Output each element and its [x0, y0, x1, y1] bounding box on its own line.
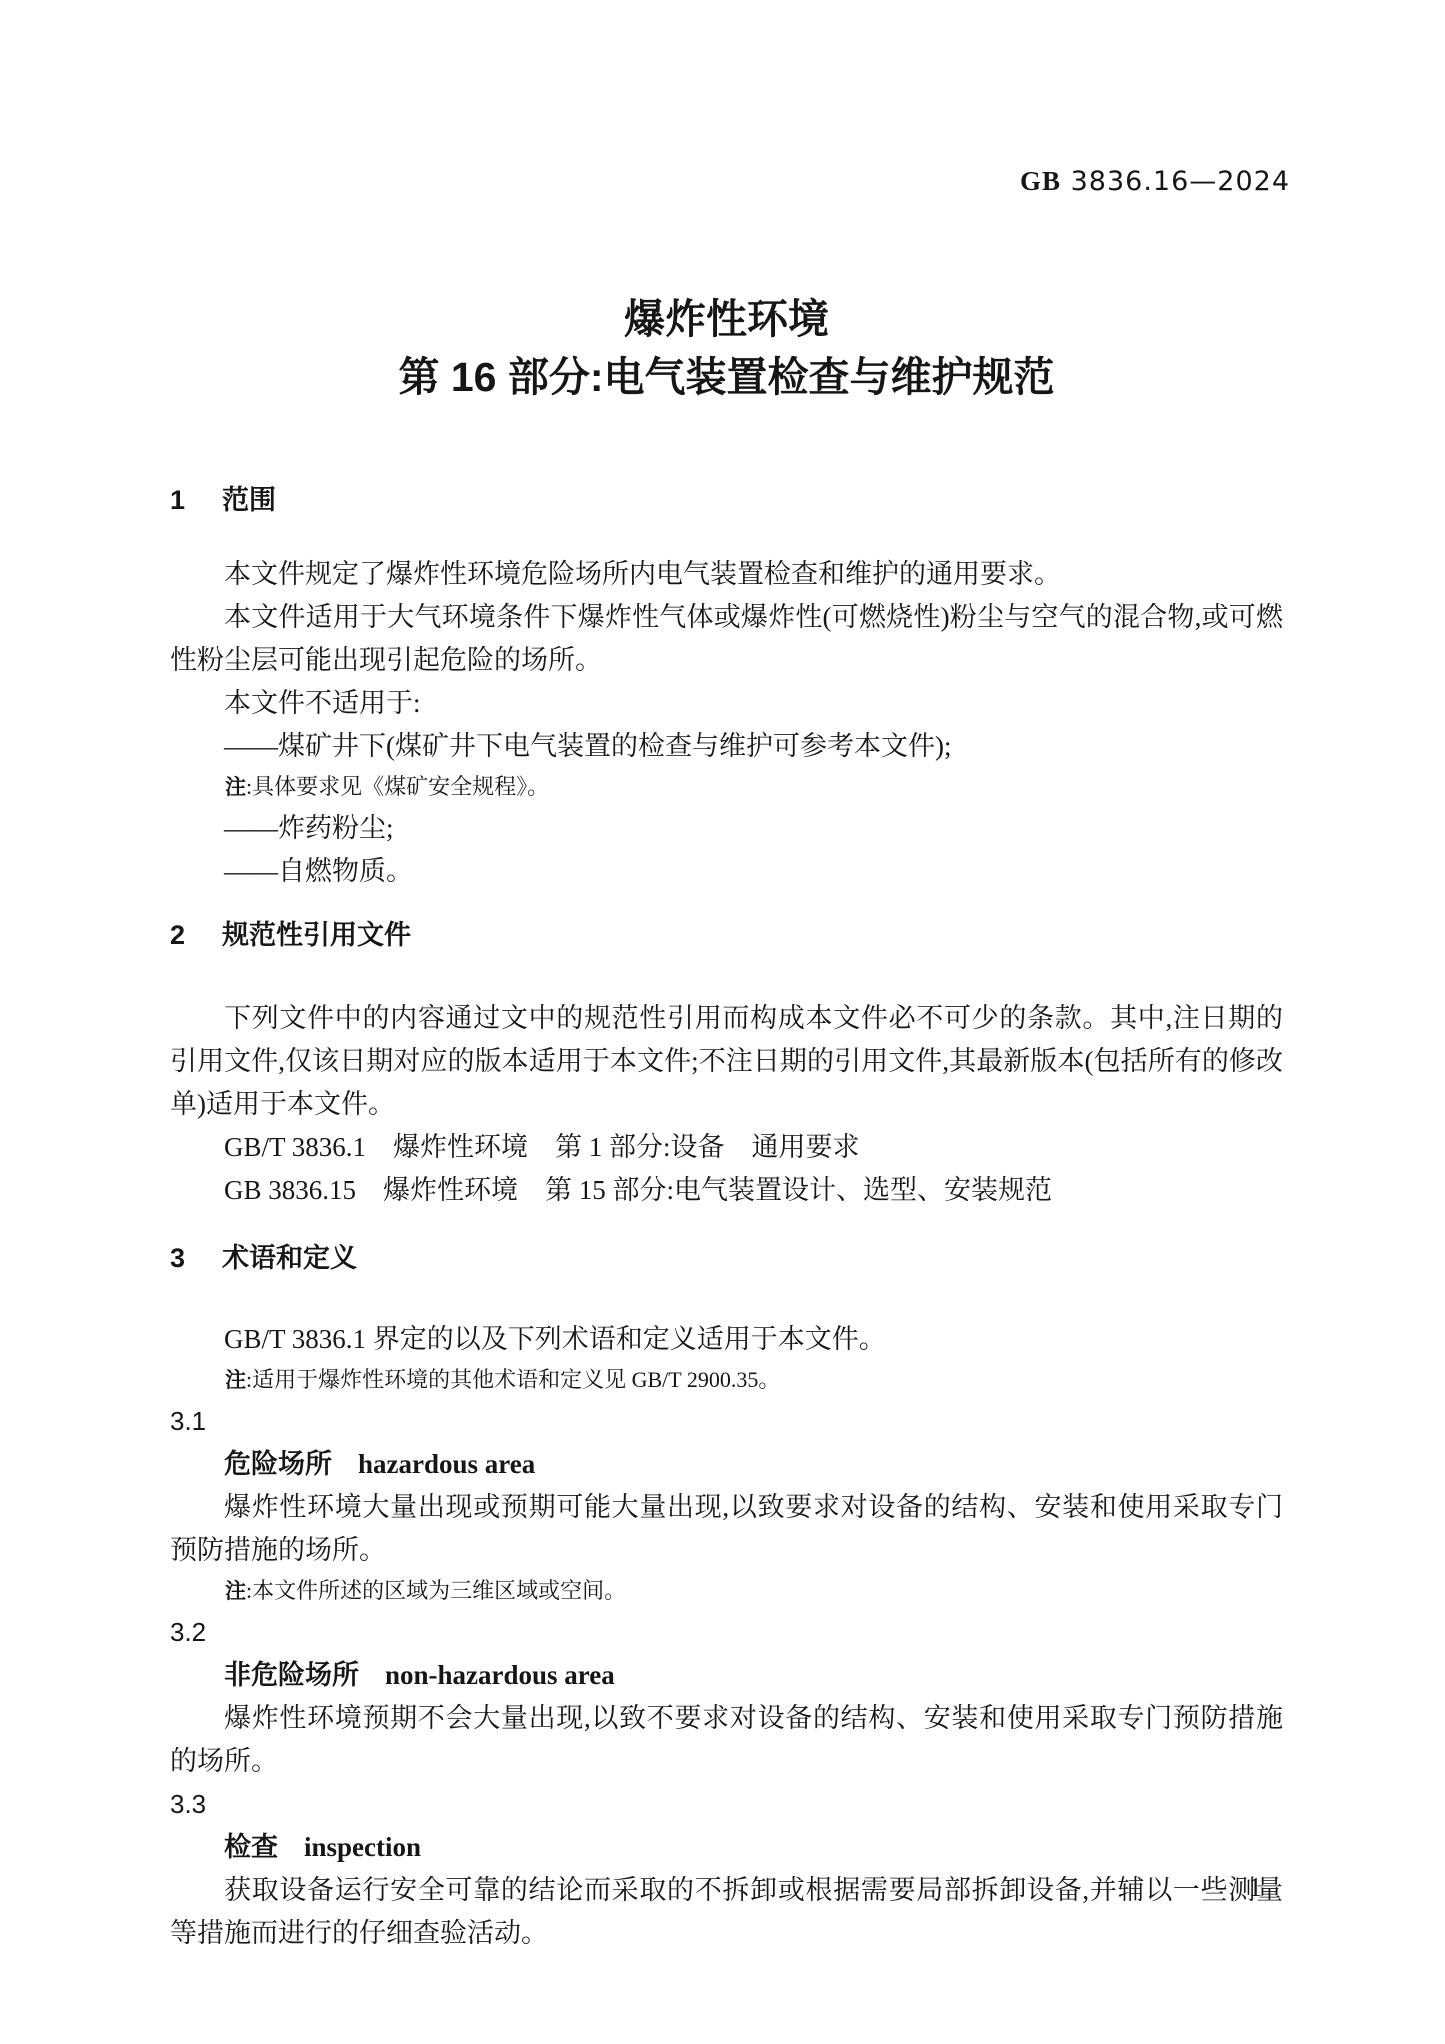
reference-item: GB/T 3836.1 爆炸性环境 第 1 部分:设备 通用要求: [170, 1126, 1283, 1169]
standard-code: GB 3836.16—2024: [1020, 166, 1290, 197]
section-body-references: 下列文件中的内容通过文中的规范性引用而构成本文件必不可少的条款。其中,注日期的引…: [170, 997, 1283, 1212]
term-definition: 爆炸性环境大量出现或预期可能大量出现,以致要求对设备的结构、安装和使用采取专门预…: [170, 1486, 1283, 1572]
note: 注:本文件所述的区域为三维区域或空间。: [170, 1572, 1283, 1611]
section-number: 2: [170, 918, 185, 952]
section-heading-terms: 3术语和定义: [170, 1241, 1283, 1275]
note-label: 注: [225, 1369, 246, 1392]
dash-item: ——自燃物质。: [170, 850, 1283, 893]
term-definition: 爆炸性环境预期不会大量出现,以致不要求对设备的结构、安装和使用采取专门预防措施的…: [170, 1697, 1283, 1783]
note: 注:适用于爆炸性环境的其他术语和定义见 GB/T 2900.35。: [170, 1361, 1283, 1400]
section-number: 1: [170, 483, 185, 517]
note-text: :具体要求见《煤矿安全规程》。: [246, 774, 549, 799]
clause-number: 3.2: [170, 1611, 1283, 1654]
term-english: non-hazardous area: [385, 1660, 615, 1690]
term-heading: 检查inspection: [170, 1826, 1283, 1869]
standard-code-prefix: GB: [1020, 166, 1061, 196]
term-chinese: 非危险场所: [224, 1660, 359, 1690]
term-english: inspection: [304, 1832, 421, 1862]
term-chinese: 危险场所: [224, 1449, 332, 1479]
section-title: 规范性引用文件: [222, 920, 411, 950]
term-heading: 非危险场所non-hazardous area: [170, 1654, 1283, 1697]
doc-title-line1: 爆炸性环境: [170, 296, 1283, 342]
paragraph: 本文件适用于大气环境条件下爆炸性气体或爆炸性(可燃烧性)粉尘与空气的混合物,或可…: [170, 596, 1283, 682]
paragraph: 本文件规定了爆炸性环境危险场所内电气装置检查和维护的通用要求。: [170, 553, 1283, 596]
paragraph: 本文件不适用于:: [170, 682, 1283, 725]
note: 注:具体要求见《煤矿安全规程》。: [170, 768, 1283, 807]
dash-item: ——煤矿井下(煤矿井下电气装置的检查与维护可参考本文件);: [170, 725, 1283, 768]
section-body-terms: GB/T 3836.1 界定的以及下列术语和定义适用于本文件。 注:适用于爆炸性…: [170, 1318, 1283, 1955]
paragraph: GB/T 3836.1 界定的以及下列术语和定义适用于本文件。: [170, 1318, 1283, 1361]
section-title: 范围: [222, 485, 276, 515]
section-number: 3: [170, 1241, 185, 1275]
doc-title-line2: 第 16 部分:电气装置检查与维护规范: [170, 354, 1283, 400]
dash-item: ——炸药粉尘;: [170, 807, 1283, 850]
section-title: 术语和定义: [222, 1243, 357, 1273]
clause-number: 3.1: [170, 1400, 1283, 1443]
document-page: GB 3836.16—2024 爆炸性环境 第 16 部分:电气装置检查与维护规…: [0, 0, 1445, 2044]
standard-code-number: 3836.16—2024: [1061, 166, 1290, 197]
paragraph: 下列文件中的内容通过文中的规范性引用而构成本文件必不可少的条款。其中,注日期的引…: [170, 997, 1283, 1126]
note-text: :适用于爆炸性环境的其他术语和定义见 GB/T 2900.35。: [246, 1367, 780, 1392]
term-definition: 获取设备运行安全可靠的结论而采取的不拆卸或根据需要局部拆卸设备,并辅以一些测量等…: [170, 1869, 1283, 1955]
note-text: :本文件所述的区域为三维区域或空间。: [246, 1578, 626, 1603]
clause-number: 3.3: [170, 1783, 1283, 1826]
page-number: 1: [1249, 1872, 1263, 1902]
note-label: 注: [225, 776, 246, 799]
section-heading-references: 2规范性引用文件: [170, 918, 1283, 952]
reference-item: GB 3836.15 爆炸性环境 第 15 部分:电气装置设计、选型、安装规范: [170, 1169, 1283, 1212]
term-chinese: 检查: [224, 1832, 278, 1862]
section-body-scope: 本文件规定了爆炸性环境危险场所内电气装置检查和维护的通用要求。 本文件适用于大气…: [170, 553, 1283, 893]
section-heading-scope: 1范围: [170, 483, 1283, 517]
term-english: hazardous area: [358, 1449, 535, 1479]
note-label: 注: [225, 1580, 246, 1603]
term-heading: 危险场所hazardous area: [170, 1443, 1283, 1486]
